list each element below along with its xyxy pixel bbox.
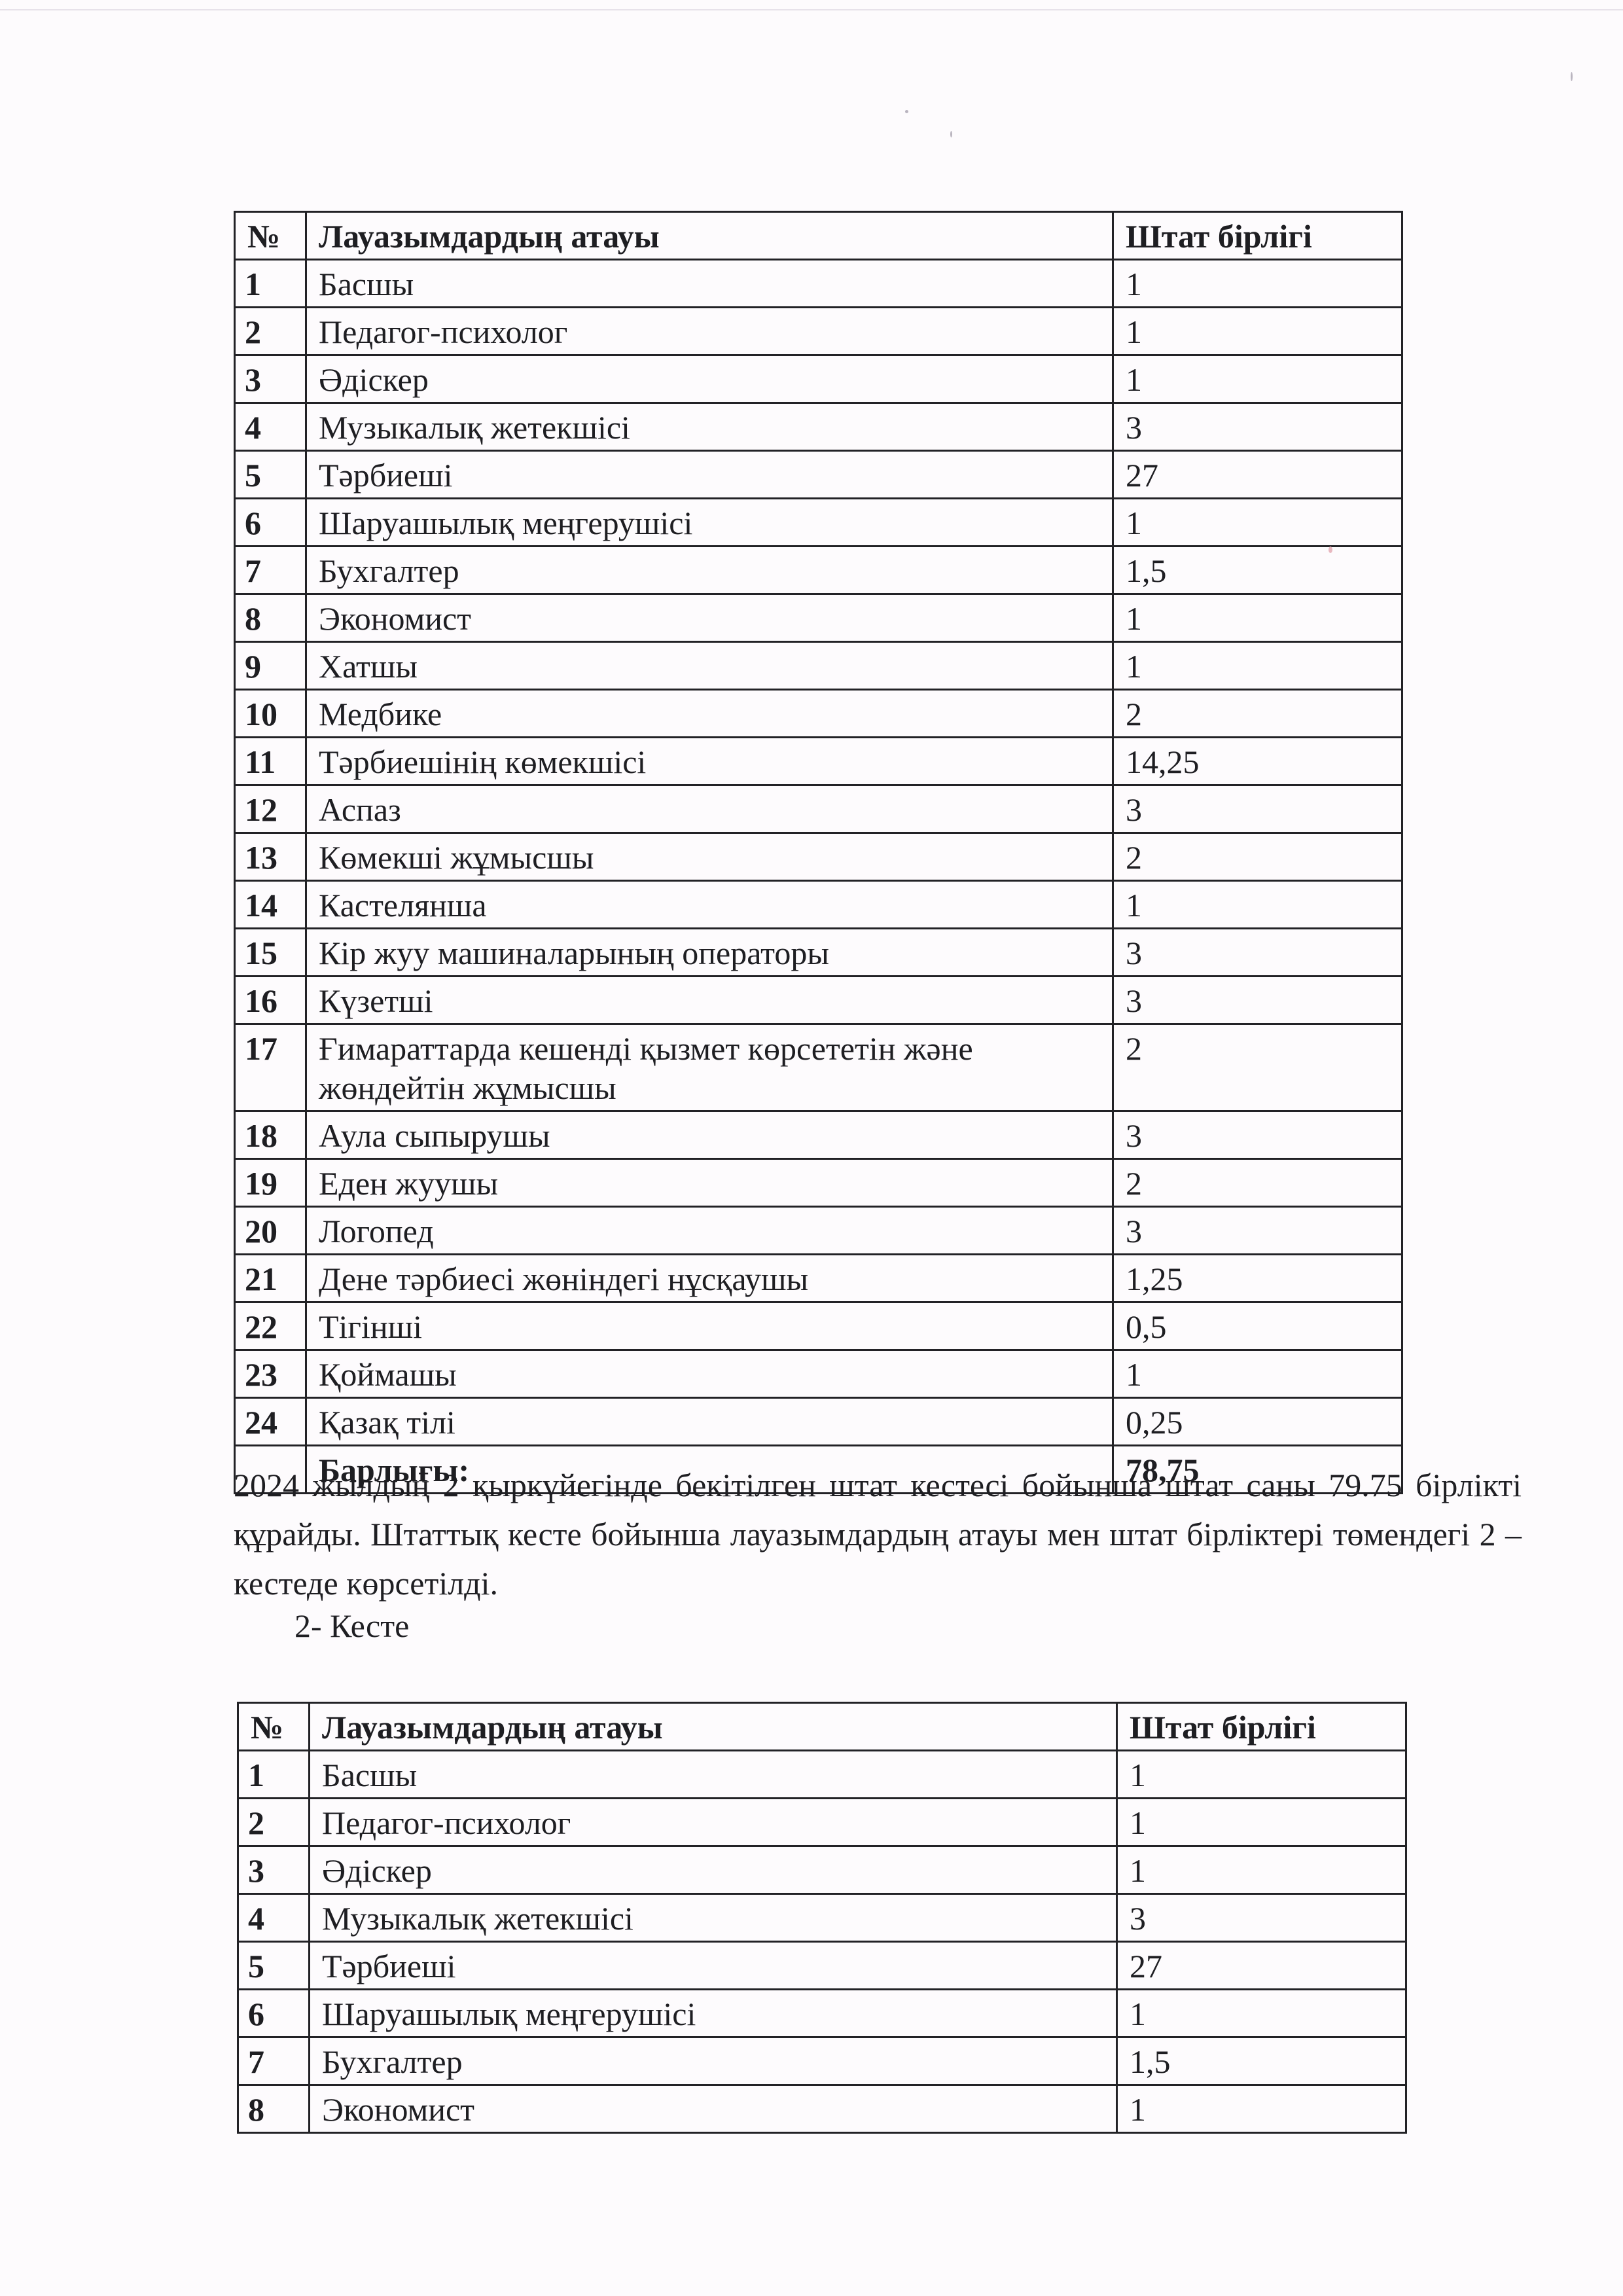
table-row: 17Ғимараттарда кешенді қызмет көрсететін… [235, 1024, 1402, 1111]
table-row: 6Шаруашылық меңгерушісі1 [235, 499, 1402, 547]
row-number: 3 [238, 1846, 310, 1894]
table-header-row: № Лауазымдардың атауы Штат бірлігі [238, 1703, 1406, 1751]
table-row: 8Экономист1 [238, 2085, 1406, 2133]
position-name: Музыкалық жетекшісі [306, 403, 1113, 451]
table-header-row: № Лауазымдардың атауы Штат бірлігі [235, 212, 1402, 260]
position-name: Тәрбиешінің көмекшісі [306, 738, 1113, 785]
row-number: 14 [235, 881, 306, 929]
row-number: 16 [235, 977, 306, 1024]
table-row: 21Дене тәрбиесі жөніндегі нұсқаушы1,25 [235, 1255, 1402, 1302]
row-number: 9 [235, 642, 306, 690]
scan-speck [905, 110, 908, 113]
table-row: 24Қазақ тілі0,25 [235, 1398, 1402, 1446]
staff-units: 1 [1113, 642, 1402, 690]
table-row: 7Бухгалтер1,5 [238, 2037, 1406, 2085]
staff-units: 1 [1113, 881, 1402, 929]
row-number: 6 [235, 499, 306, 547]
staff-units: 1 [1117, 2085, 1406, 2133]
table-row: 5Тәрбиеші27 [238, 1942, 1406, 1990]
staff-units: 2 [1113, 1024, 1402, 1111]
row-number: 2 [238, 1799, 310, 1846]
table-row: 19Еден жуушы2 [235, 1159, 1402, 1207]
staff-units: 1 [1117, 1990, 1406, 2037]
table-row: 18Аула сыпырушы3 [235, 1111, 1402, 1159]
table-row: 3Әдіскер1 [238, 1846, 1406, 1894]
row-number: 21 [235, 1255, 306, 1302]
table-row: 6Шаруашылық меңгерушісі1 [238, 1990, 1406, 2037]
table-row: 20Логопед3 [235, 1207, 1402, 1255]
position-name: Медбике [306, 690, 1113, 738]
row-number: 23 [235, 1350, 306, 1398]
table-row: 9Хатшы1 [235, 642, 1402, 690]
staff-units: 1 [1113, 308, 1402, 355]
table-body: 1Басшы12Педагог-психолог13Әдіскер14Музык… [235, 260, 1402, 1446]
position-name: Басшы [306, 260, 1113, 308]
row-number: 7 [238, 2037, 310, 2085]
position-name: Кір жуу машиналарының операторы [306, 929, 1113, 977]
row-number: 22 [235, 1302, 306, 1350]
staff-units: 1,25 [1113, 1255, 1402, 1302]
scan-speck [950, 131, 952, 137]
position-name: Кастелянша [306, 881, 1113, 929]
position-name: Аспаз [306, 785, 1113, 833]
table-row: 4Музыкалық жетекшісі3 [238, 1894, 1406, 1942]
position-name: Педагог-психолог [306, 308, 1113, 355]
staff-units: 1 [1113, 260, 1402, 308]
row-number: 8 [238, 2085, 310, 2133]
staff-units: 1 [1117, 1846, 1406, 1894]
row-number: 1 [238, 1751, 310, 1799]
position-name: Қазақ тілі [306, 1398, 1113, 1446]
position-name: Еден жуушы [306, 1159, 1113, 1207]
staff-units: 0,5 [1113, 1302, 1402, 1350]
row-number: 18 [235, 1111, 306, 1159]
table-caption: 2- Кесте [294, 1607, 409, 1645]
table-row: 14Кастелянша1 [235, 881, 1402, 929]
table-row: 1Басшы1 [238, 1751, 1406, 1799]
table-row: 11Тәрбиешінің көмекшісі14,25 [235, 738, 1402, 785]
staff-units: 0,25 [1113, 1398, 1402, 1446]
staff-units: 1 [1113, 499, 1402, 547]
position-name: Күзетші [306, 977, 1113, 1024]
header-position-name: Лауазымдардың атауы [310, 1703, 1117, 1751]
position-name: Аула сыпырушы [306, 1111, 1113, 1159]
table-row: 8Экономист1 [235, 594, 1402, 642]
table-row: 15Кір жуу машиналарының операторы3 [235, 929, 1402, 977]
row-number: 5 [235, 451, 306, 499]
staff-units: 3 [1113, 929, 1402, 977]
staff-units: 27 [1113, 451, 1402, 499]
position-name: Тәрбиеші [310, 1942, 1117, 1990]
header-staff-units: Штат бірлігі [1117, 1703, 1406, 1751]
row-number: 24 [235, 1398, 306, 1446]
staff-units: 1 [1113, 355, 1402, 403]
row-number: 4 [235, 403, 306, 451]
staff-units: 3 [1117, 1894, 1406, 1942]
staff-units: 27 [1117, 1942, 1406, 1990]
staff-units: 2 [1113, 833, 1402, 881]
scan-edge-line [0, 9, 1623, 10]
row-number: 3 [235, 355, 306, 403]
row-number: 11 [235, 738, 306, 785]
staff-units: 1 [1113, 594, 1402, 642]
table-body: 1Басшы12Педагог-психолог13Әдіскер14Музык… [238, 1751, 1406, 2133]
staff-units: 3 [1113, 1207, 1402, 1255]
header-position-name: Лауазымдардың атауы [306, 212, 1113, 260]
position-name: Экономист [310, 2085, 1117, 2133]
body-paragraph: 2024 жылдың 2 қыркүйегінде бекітілген шт… [234, 1461, 1522, 1608]
scan-speck [1571, 72, 1573, 81]
position-name: Әдіскер [306, 355, 1113, 403]
staff-units: 1,5 [1117, 2037, 1406, 2085]
position-name: Музыкалық жетекшісі [310, 1894, 1117, 1942]
table-row: 3Әдіскер1 [235, 355, 1402, 403]
table-row: 22Тігінші0,5 [235, 1302, 1402, 1350]
header-num: № [235, 212, 306, 260]
row-number: 4 [238, 1894, 310, 1942]
table-row: 2Педагог-психолог1 [238, 1799, 1406, 1846]
staff-units: 3 [1113, 785, 1402, 833]
position-name: Шаруашылық меңгерушісі [306, 499, 1113, 547]
table-row: 5Тәрбиеші27 [235, 451, 1402, 499]
row-number: 8 [235, 594, 306, 642]
table-row: 4Музыкалық жетекшісі3 [235, 403, 1402, 451]
position-name: Қоймашы [306, 1350, 1113, 1398]
row-number: 6 [238, 1990, 310, 2037]
table-row: 23Қоймашы1 [235, 1350, 1402, 1398]
position-name: Педагог-психолог [310, 1799, 1117, 1846]
position-name: Бухгалтер [306, 547, 1113, 594]
row-number: 17 [235, 1024, 306, 1111]
row-number: 2 [235, 308, 306, 355]
table-row: 7Бухгалтер1,5 [235, 547, 1402, 594]
table-row: 10Медбике2 [235, 690, 1402, 738]
position-name: Әдіскер [310, 1846, 1117, 1894]
staff-units: 1 [1113, 1350, 1402, 1398]
staff-units: 3 [1113, 1111, 1402, 1159]
staff-units: 2 [1113, 690, 1402, 738]
scan-speck [1329, 547, 1332, 553]
table-row: 2Педагог-психолог1 [235, 308, 1402, 355]
staff-units: 2 [1113, 1159, 1402, 1207]
row-number: 1 [235, 260, 306, 308]
header-staff-units: Штат бірлігі [1113, 212, 1402, 260]
staff-units: 1,5 [1113, 547, 1402, 594]
table-row: 12Аспаз3 [235, 785, 1402, 833]
staff-units: 3 [1113, 977, 1402, 1024]
row-number: 19 [235, 1159, 306, 1207]
position-name: Басшы [310, 1751, 1117, 1799]
position-name: Логопед [306, 1207, 1113, 1255]
row-number: 20 [235, 1207, 306, 1255]
position-name: Бухгалтер [310, 2037, 1117, 2085]
staff-units: 1 [1117, 1799, 1406, 1846]
row-number: 13 [235, 833, 306, 881]
header-num: № [238, 1703, 310, 1751]
position-name: Тәрбиеші [306, 451, 1113, 499]
staff-units: 14,25 [1113, 738, 1402, 785]
position-name: Экономист [306, 594, 1113, 642]
table-row: 16Күзетші3 [235, 977, 1402, 1024]
position-name: Тігінші [306, 1302, 1113, 1350]
position-name: Хатшы [306, 642, 1113, 690]
row-number: 7 [235, 547, 306, 594]
table-row: 1Басшы1 [235, 260, 1402, 308]
position-name: Шаруашылық меңгерушісі [310, 1990, 1117, 2037]
staff-table-1: № Лауазымдардың атауы Штат бірлігі 1Басш… [234, 211, 1403, 1494]
position-name: Көмекші жұмысшы [306, 833, 1113, 881]
row-number: 15 [235, 929, 306, 977]
position-name: Ғимараттарда кешенді қызмет көрсететін ж… [306, 1024, 1113, 1111]
row-number: 12 [235, 785, 306, 833]
staff-units: 3 [1113, 403, 1402, 451]
staff-table-2: № Лауазымдардың атауы Штат бірлігі 1Басш… [237, 1702, 1407, 2134]
row-number: 10 [235, 690, 306, 738]
table-row: 13Көмекші жұмысшы2 [235, 833, 1402, 881]
staff-units: 1 [1117, 1751, 1406, 1799]
row-number: 5 [238, 1942, 310, 1990]
position-name: Дене тәрбиесі жөніндегі нұсқаушы [306, 1255, 1113, 1302]
